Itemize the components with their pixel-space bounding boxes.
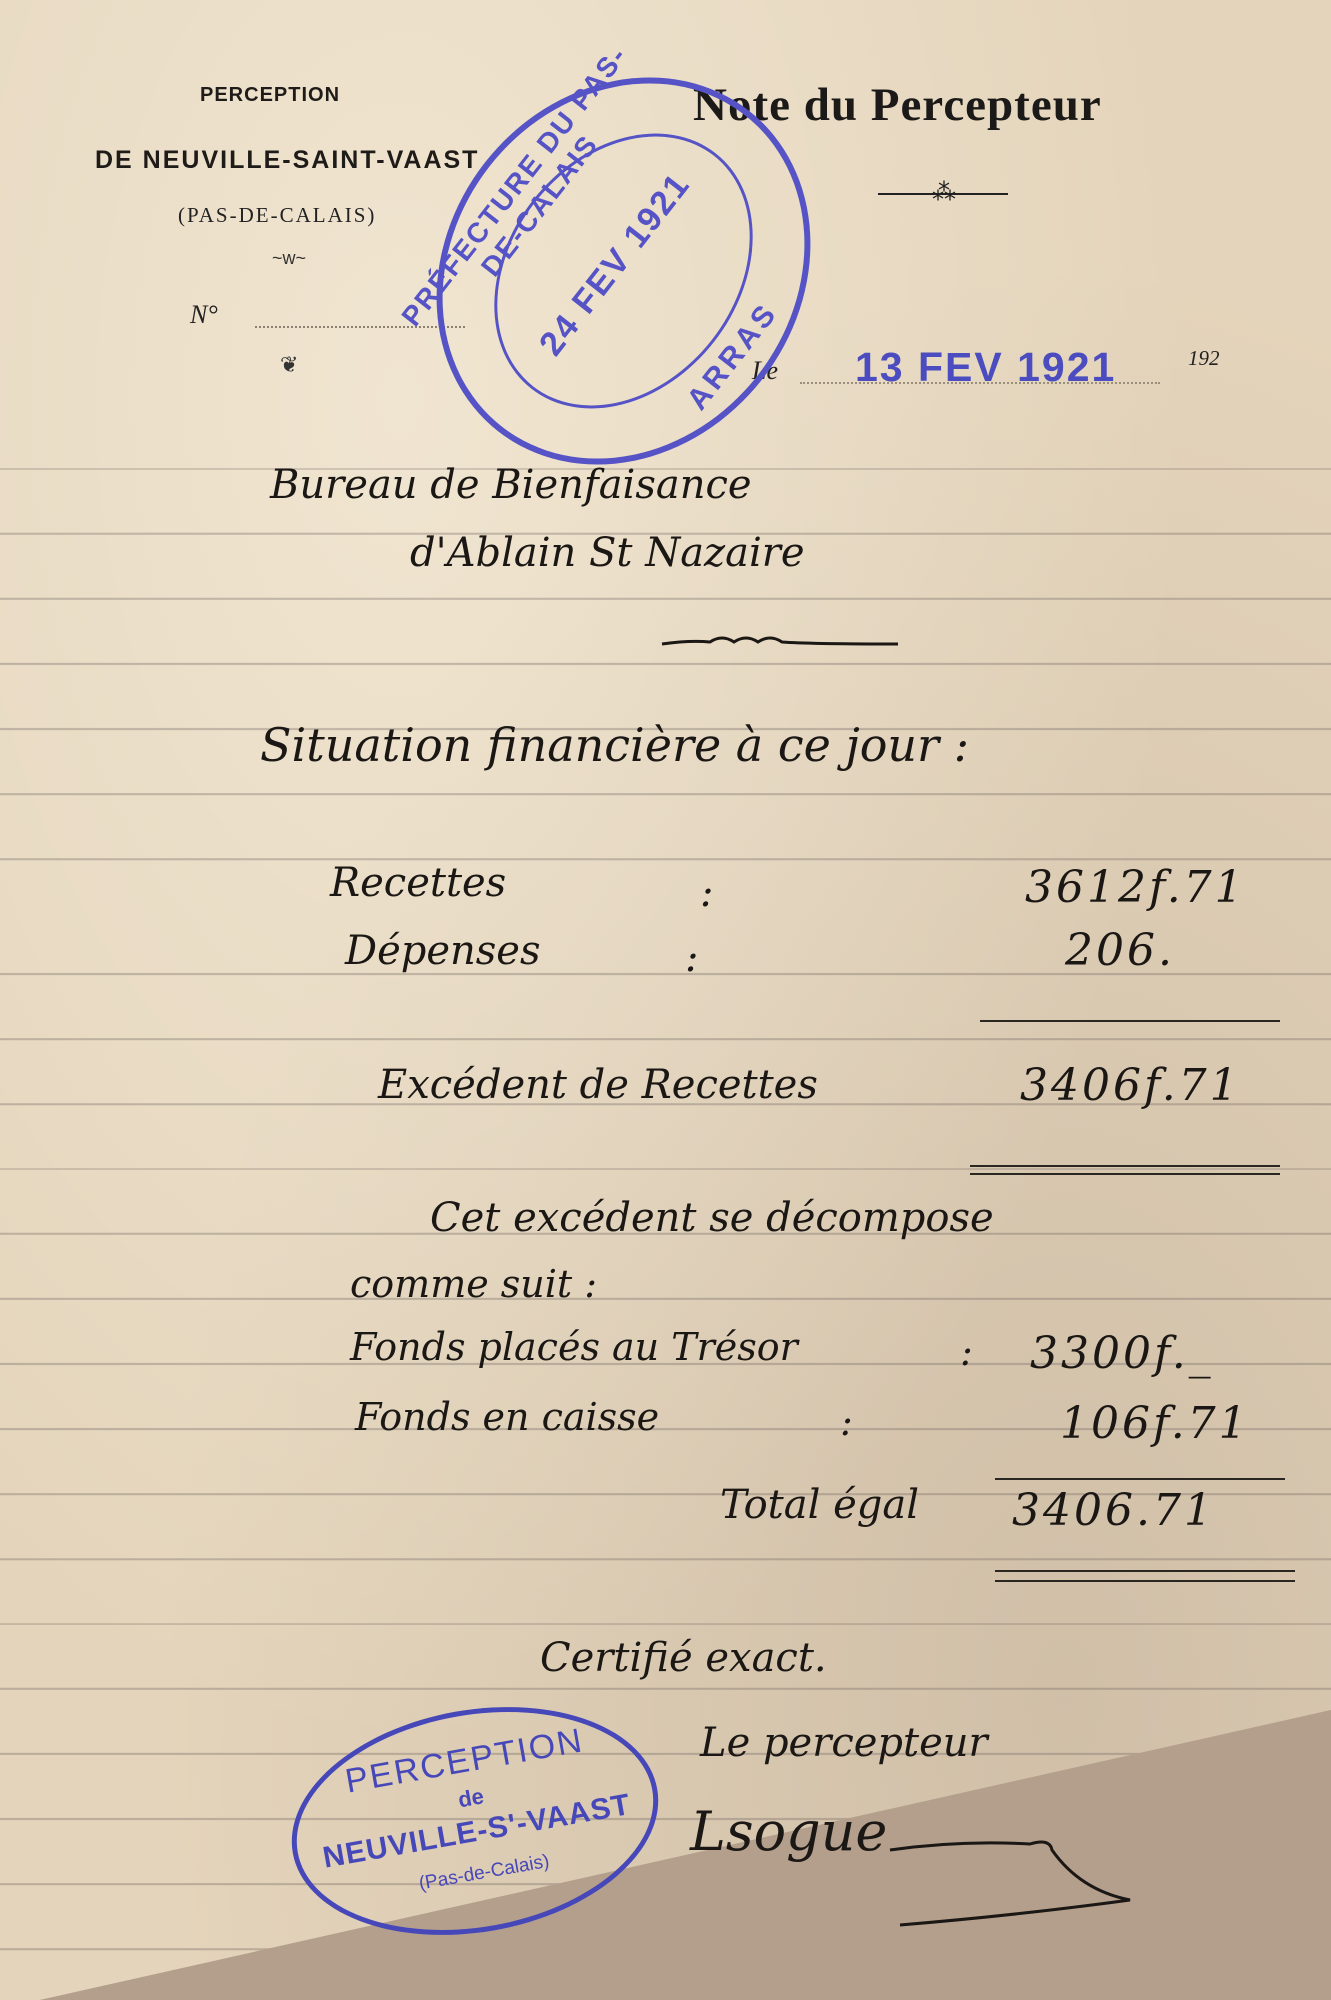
breakdown-intro-line-2: comme suit : bbox=[350, 1262, 597, 1306]
addressee-line-1: Bureau de Bienfaisance bbox=[270, 462, 752, 508]
summary-label-receipts: Recettes bbox=[330, 860, 506, 906]
addressee-line-2: d'Ablain St Nazaire bbox=[410, 530, 805, 576]
breakdown-amount-treasury: 3300f._ bbox=[1030, 1328, 1214, 1379]
summary-amount-receipts: 3612f.71 bbox=[1025, 862, 1246, 913]
surplus-double-rule-1 bbox=[970, 1165, 1280, 1167]
section-heading: Situation financière à ce jour : bbox=[260, 718, 969, 772]
letterhead-department: (PAS-DE-CALAIS) bbox=[178, 203, 376, 228]
breakdown-label-cash: Fonds en caisse bbox=[355, 1395, 659, 1439]
summary-sep-expenses: : bbox=[685, 935, 698, 981]
certification-text: Certifié exact. bbox=[540, 1635, 827, 1681]
date-stamp: 13 FEV 1921 bbox=[855, 344, 1116, 391]
summary-sep-receipts: : bbox=[700, 870, 713, 916]
number-label: N° bbox=[190, 300, 218, 330]
letterhead-office: PERCEPTION bbox=[200, 84, 340, 107]
summary-amount-expenses: 206. bbox=[1065, 925, 1175, 976]
ornament-squiggle-icon: ~w~ bbox=[272, 248, 306, 269]
breakdown-label-treasury: Fonds placés au Trésor bbox=[350, 1325, 798, 1369]
total-amount: 3406.71 bbox=[1012, 1485, 1215, 1536]
total-double-rule-1 bbox=[995, 1570, 1295, 1572]
signature-flourish-icon bbox=[880, 1830, 1140, 1930]
signature: Lsogue bbox=[690, 1800, 887, 1863]
surplus-double-rule-2 bbox=[970, 1173, 1280, 1175]
ornament-fleuron-icon: ❦ bbox=[280, 352, 298, 378]
summary-label-expenses: Dépenses bbox=[345, 928, 541, 974]
surplus-amount: 3406f.71 bbox=[1020, 1060, 1241, 1111]
breakdown-sep-treasury: : bbox=[960, 1330, 973, 1374]
breakdown-sep-cash: : bbox=[840, 1400, 853, 1444]
printed-year: 192 bbox=[1188, 346, 1220, 371]
total-double-rule-2 bbox=[995, 1580, 1295, 1582]
letterhead-commune: DE NEUVILLE-SAINT-VAAST bbox=[95, 146, 479, 175]
signatory-title: Le percepteur bbox=[700, 1720, 988, 1766]
subtotal-rule bbox=[980, 1020, 1280, 1022]
handwritten-flourish-icon bbox=[660, 630, 900, 650]
asterism-ornament-icon: ⁂ bbox=[932, 178, 956, 207]
breakdown-amount-cash: 106f.71 bbox=[1060, 1398, 1250, 1449]
surplus-label: Excédent de Recettes bbox=[378, 1062, 818, 1108]
total-label: Total égal bbox=[720, 1482, 919, 1528]
total-rule bbox=[995, 1478, 1285, 1480]
breakdown-intro-line-1: Cet excédent se décompose bbox=[430, 1195, 994, 1241]
